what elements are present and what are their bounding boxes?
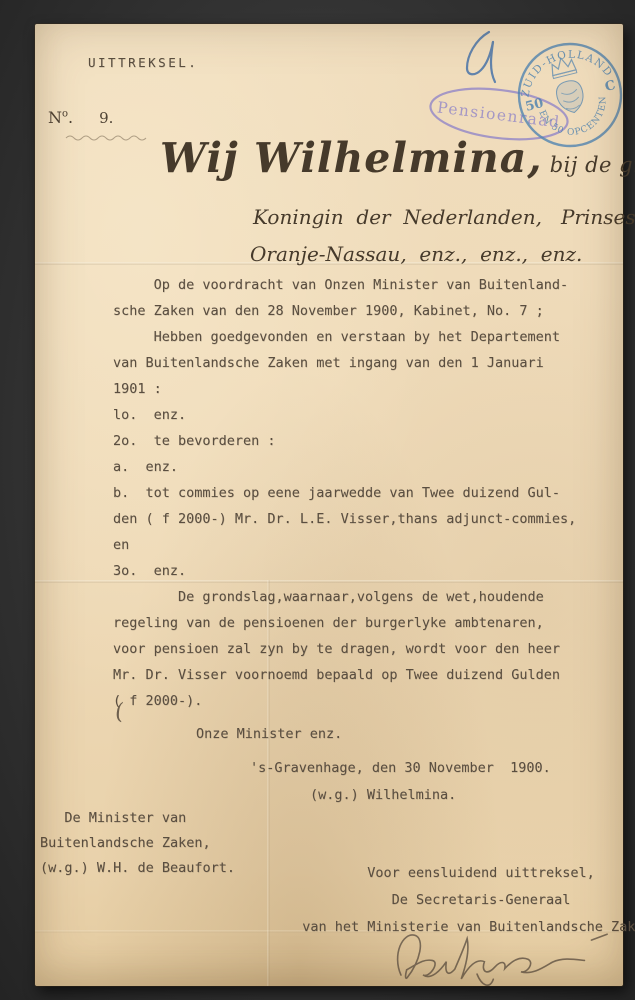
body-line: b. tot commies op eene jaarwedde van Twe… (113, 480, 576, 506)
stamp-value-right: C (603, 78, 617, 95)
minister-block: De Minister vanBuitenlandsche Zaken,(w.g… (40, 806, 235, 881)
decree-body: Op de voordracht van Onzen Minister van … (113, 272, 576, 714)
secretary-signature-icon (378, 909, 617, 999)
body-line: lo. enz. (113, 402, 576, 428)
body-line: en (113, 532, 576, 558)
extract-header: UITTREKSEL. (88, 55, 198, 70)
royal-title-line3: Oranje-Nassau, enz., enz., enz. (250, 242, 582, 266)
certification-line: Voor eensluidend uittreksel, (300, 860, 635, 887)
onze-minister-line: Onze Minister enz. (196, 726, 342, 742)
number-prefix: N (48, 108, 62, 127)
royal-title-line2: Koningin der Nederlanden, Prinses van (253, 205, 635, 229)
place-date-line: 's-Gravenhage, den 30 November 1900. (250, 760, 551, 776)
body-line: Hebben goedgevonden en verstaan by het D… (113, 324, 576, 350)
body-line: van Buitenlandsche Zaken met ingang van … (113, 350, 576, 376)
body-line: den ( f 2000-) Mr. Dr. L.E. Visser,thans… (113, 506, 576, 532)
wavy-underline-icon (64, 132, 152, 142)
body-line: 2o. te bevorderen : (113, 428, 576, 454)
minister-line: Buitenlandsche Zaken, (40, 831, 235, 856)
body-line: voor pensioen zal zyn by te dragen, word… (113, 636, 576, 662)
minister-line: De Minister van (40, 806, 235, 831)
body-line: 3o. enz. (113, 558, 576, 584)
royal-name: Wij Wilhelmina, (160, 134, 543, 182)
number-dot: . (68, 108, 73, 127)
body-line: De grondslag,waarnaar,volgens de wet,hou… (113, 584, 576, 610)
number-value: 9. (99, 109, 113, 127)
body-line: regeling van de pensioenen der burgerlyk… (113, 610, 576, 636)
royal-grace: bij de gratie Gods, (543, 153, 635, 177)
minister-line: (w.g.) W.H. de Beaufort. (40, 856, 235, 881)
royal-title-line1: Wij Wilhelmina, bij de gratie Gods, (160, 134, 635, 182)
royal-signature-line: (w.g.) Wilhelmina. (310, 787, 456, 803)
body-line: 1901 : (113, 376, 576, 402)
document-page: UITTREKSEL. No.9. Pensioenraad ZUID-HOLL… (35, 24, 623, 986)
body-line: sche Zaken van den 28 November 1900, Kab… (113, 298, 576, 324)
body-line: ( f 2000-). (113, 688, 576, 714)
body-line: a. enz. (113, 454, 576, 480)
body-line: Mr. Dr. Visser voornoemd bepaald op Twee… (113, 662, 576, 688)
body-line: Op de voordracht van Onzen Minister van … (113, 272, 576, 298)
document-number: No.9. (48, 108, 113, 127)
lion-shield-icon (554, 78, 587, 115)
